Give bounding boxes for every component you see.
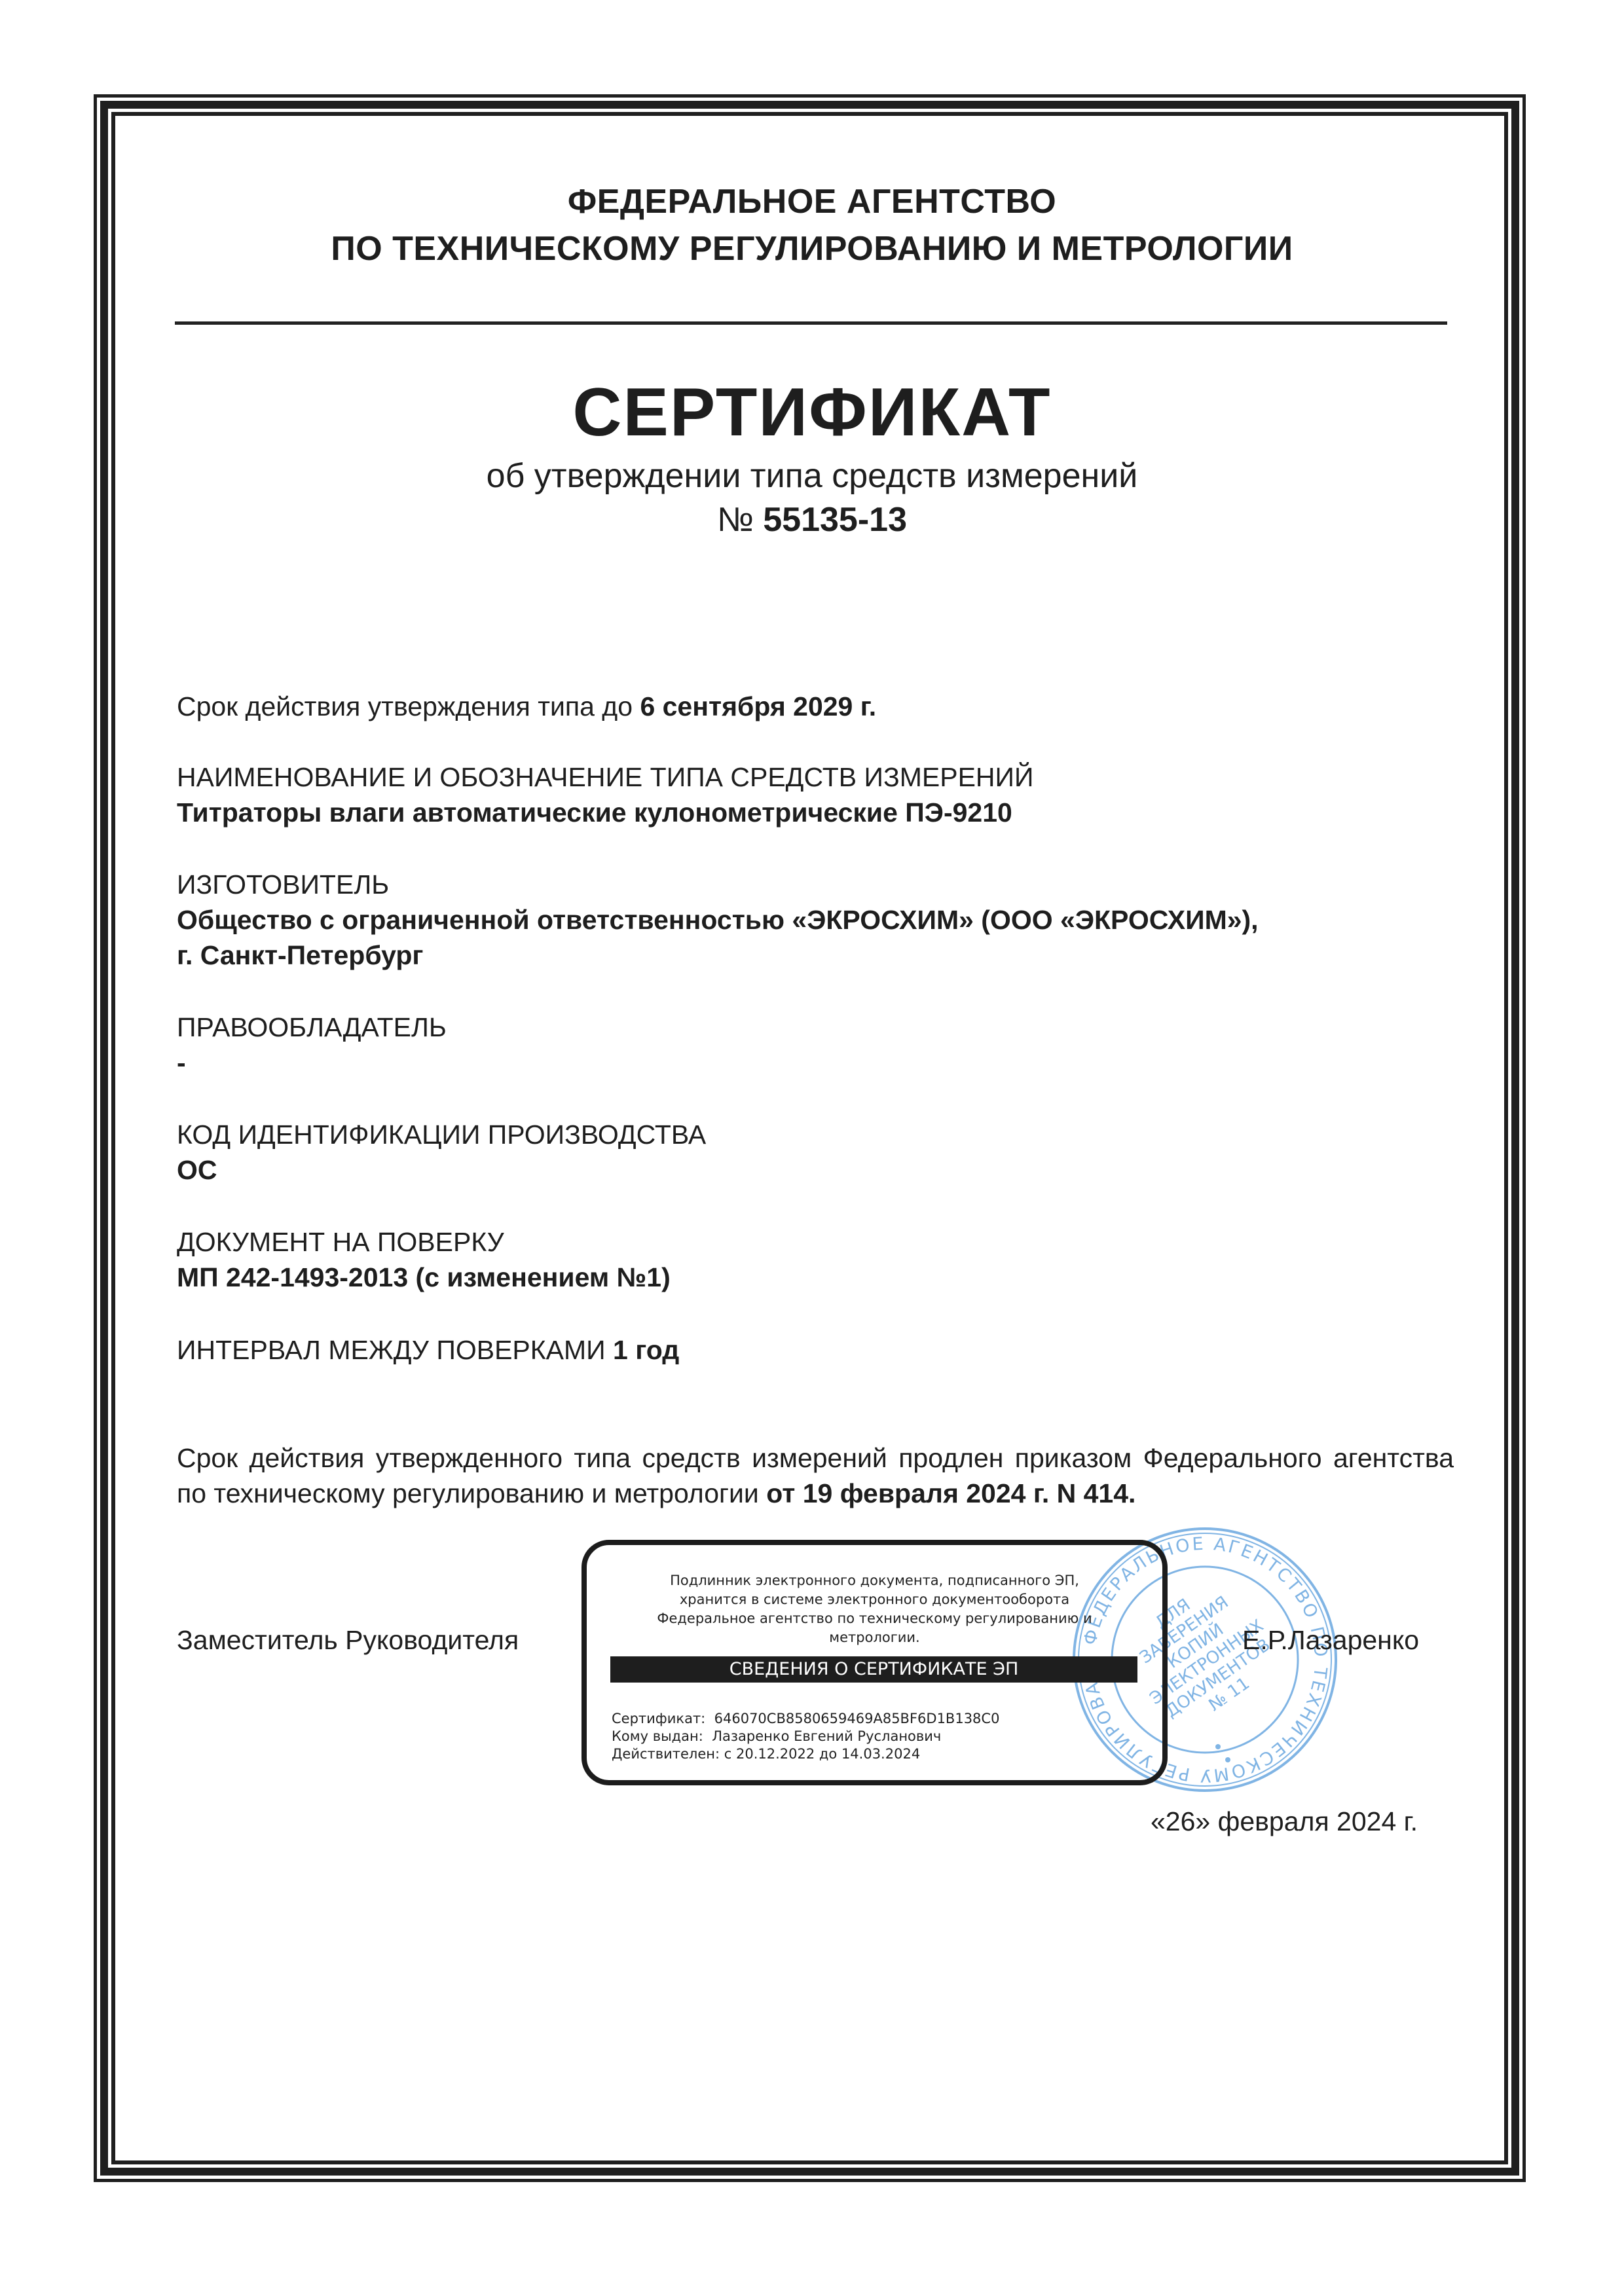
agency-header: ФЕДЕРАЛЬНОЕ АГЕНТСТВО ПО ТЕХНИЧЕСКОМУ РЕ… bbox=[0, 178, 1624, 272]
certificate-title: СЕРТИФИКАТ bbox=[0, 373, 1624, 452]
section-value: Титраторы влаги автоматические кулономет… bbox=[177, 795, 1454, 830]
section-instrument-name: НАИМЕНОВАНИЕ И ОБОЗНАЧЕНИЕ ТИПА СРЕДСТВ … bbox=[177, 759, 1454, 830]
header-divider bbox=[175, 321, 1447, 325]
ep-label: Сертификат: bbox=[612, 1711, 705, 1726]
signature-date: «26» февраля 2024 г. bbox=[1151, 1804, 1418, 1839]
ep-issued-to: Лазаренко Евгений Русланович bbox=[712, 1728, 941, 1744]
section-label: КОД ИДЕНТИФИКАЦИИ ПРОИЗВОДСТВА bbox=[177, 1117, 1454, 1152]
number-value: 55135-13 bbox=[763, 501, 907, 539]
ep-note-line-1: Подлинник электронного документа, подпис… bbox=[587, 1571, 1162, 1590]
ep-note-line-3: Федеральное агентство по техническому ре… bbox=[587, 1609, 1162, 1628]
signer-position: Заместитель Руководителя bbox=[177, 1622, 519, 1658]
ep-note: Подлинник электронного документа, подпис… bbox=[587, 1571, 1162, 1647]
electronic-signature-box: Подлинник электронного документа, подпис… bbox=[581, 1540, 1168, 1785]
ep-label: Действителен: bbox=[612, 1746, 720, 1762]
section-value-line-1: Общество с ограниченной ответственностью… bbox=[177, 902, 1454, 938]
section-production-code: КОД ИДЕНТИФИКАЦИИ ПРОИЗВОДСТВА ОС bbox=[177, 1117, 1454, 1188]
ep-validity: с 20.12.2022 до 14.03.2024 bbox=[724, 1746, 920, 1762]
section-verification-interval: ИНТЕРВАЛ МЕЖДУ ПОВЕРКАМИ 1 год bbox=[177, 1332, 1454, 1368]
section-value: - bbox=[177, 1045, 1454, 1080]
certificate-number: № 55135-13 bbox=[0, 499, 1624, 541]
ep-label: Кому выдан: bbox=[612, 1728, 703, 1744]
section-manufacturer: ИЗГОТОВИТЕЛЬ Общество с ограниченной отв… bbox=[177, 867, 1454, 973]
extension-order: от 19 февраля 2024 г. N 414. bbox=[766, 1478, 1135, 1508]
certificate-subtitle: об утверждении типа средств измерений bbox=[0, 455, 1624, 497]
ep-certificate-details: Сертификат: 646070CB8580659469A85BF6D1B1… bbox=[612, 1710, 999, 1763]
ep-note-line-2: хранится в системе электронного документ… bbox=[587, 1590, 1162, 1609]
ep-certificate-id: 646070CB8580659469A85BF6D1B138C0 bbox=[714, 1711, 1000, 1726]
section-verification-document: ДОКУМЕНТ НА ПОВЕРКУ МП 242-1493-2013 (с … bbox=[177, 1224, 1454, 1295]
signer-name: Е.Р.Лазаренко bbox=[1242, 1622, 1419, 1658]
ep-certificate-header: СВЕДЕНИЯ О СЕРТИФИКАТЕ ЭП bbox=[610, 1656, 1137, 1683]
ep-issued-to-row: Кому выдан: Лазаренко Евгений Русланович bbox=[612, 1728, 999, 1745]
agency-line-1: ФЕДЕРАЛЬНОЕ АГЕНТСТВО bbox=[0, 178, 1624, 225]
section-label: ИЗГОТОВИТЕЛЬ bbox=[177, 867, 1454, 902]
section-value-line-2: г. Санкт-Петербург bbox=[177, 938, 1454, 973]
section-rights-holder: ПРАВООБЛАДАТЕЛЬ - bbox=[177, 1010, 1454, 1080]
ep-valid-row: Действителен: с 20.12.2022 до 14.03.2024 bbox=[612, 1745, 999, 1763]
section-label: ДОКУМЕНТ НА ПОВЕРКУ bbox=[177, 1224, 1454, 1260]
validity-line: Срок действия утверждения типа до 6 сент… bbox=[177, 689, 1454, 724]
agency-line-2: ПО ТЕХНИЧЕСКОМУ РЕГУЛИРОВАНИЮ И МЕТРОЛОГ… bbox=[0, 225, 1624, 272]
ep-note-line-4: метрологии. bbox=[587, 1628, 1162, 1647]
ep-certificate-row: Сертификат: 646070CB8580659469A85BF6D1B1… bbox=[612, 1710, 999, 1728]
validity-date: 6 сентября 2029 г. bbox=[640, 691, 876, 721]
section-label: ИНТЕРВАЛ МЕЖДУ ПОВЕРКАМИ bbox=[177, 1335, 606, 1365]
extension-paragraph: Срок действия утвержденного типа средств… bbox=[177, 1440, 1454, 1511]
section-value: 1 год bbox=[613, 1335, 679, 1365]
validity-text: Срок действия утверждения типа до bbox=[177, 691, 633, 721]
section-label: НАИМЕНОВАНИЕ И ОБОЗНАЧЕНИЕ ТИПА СРЕДСТВ … bbox=[177, 759, 1454, 795]
section-label: ПРАВООБЛАДАТЕЛЬ bbox=[177, 1010, 1454, 1045]
number-sign: № bbox=[717, 501, 754, 539]
section-value: МП 242-1493-2013 (с изменением №1) bbox=[177, 1260, 1454, 1295]
section-value: ОС bbox=[177, 1152, 1454, 1188]
